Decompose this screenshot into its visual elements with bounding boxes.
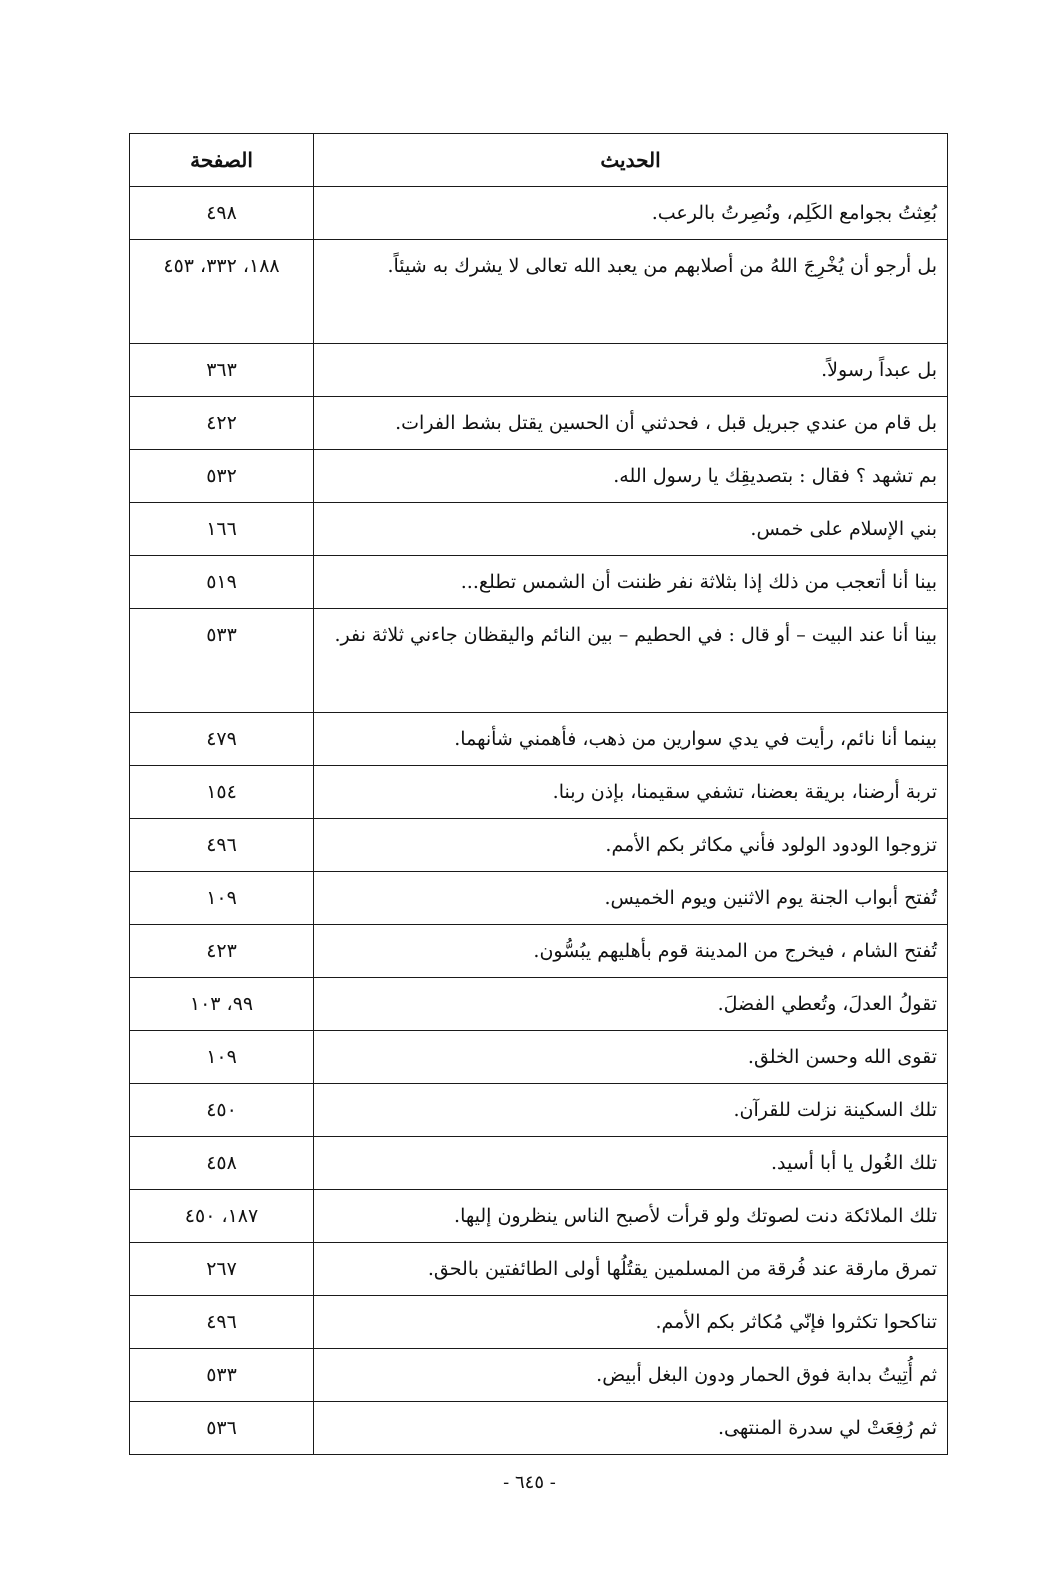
hadith-text: ثم رُفِعَتْ لي سدرة المنتهى.	[314, 1402, 948, 1455]
hadith-text: بني الإسلام على خمس.	[314, 503, 948, 556]
hadith-text: بُعِثتُ بجوامع الكَلِم، ونُصِرتُ بالرعب.	[314, 187, 948, 240]
hadith-text: تزوجوا الودود الولود فأني مكاثر بكم الأم…	[314, 819, 948, 872]
table-body: بُعِثتُ بجوامع الكَلِم، ونُصِرتُ بالرعب.…	[130, 187, 948, 1455]
table-row: تُفتح الشام ، فيخرج من المدينة قوم بأهلي…	[130, 925, 948, 978]
page-reference: ٢٦٧	[130, 1243, 314, 1296]
page-reference: ١٥٤	[130, 766, 314, 819]
page-reference: ٤٢٣	[130, 925, 314, 978]
page-reference: ٥٣٢	[130, 450, 314, 503]
table-row: ثم أُتِيتُ بدابة فوق الحمار ودون البغل أ…	[130, 1349, 948, 1402]
hadith-text: تُفتح أبواب الجنة يوم الاثنين ويوم الخمي…	[314, 872, 948, 925]
hadith-text: بل قام من عندي جبريل قبل ، فحدثني أن الح…	[314, 397, 948, 450]
page-reference: ٥١٩	[130, 556, 314, 609]
page-reference: ١٦٦	[130, 503, 314, 556]
hadith-text: بم تشهد ؟ فقال : بتصديقِك يا رسول الله.	[314, 450, 948, 503]
hadith-text: تمرق مارقة عند فُرقة من المسلمين يقتُلُه…	[314, 1243, 948, 1296]
page-reference: ١٠٩	[130, 1031, 314, 1084]
hadith-text: بل أرجو أن يُخْرِجَ اللهُ من أصلابهم من …	[314, 240, 948, 344]
table-row: بُعِثتُ بجوامع الكَلِم، ونُصِرتُ بالرعب.…	[130, 187, 948, 240]
table-row: بم تشهد ؟ فقال : بتصديقِك يا رسول الله.٥…	[130, 450, 948, 503]
hadith-text: تربة أرضنا، بريقة بعضنا، تشفي سقيمنا، بإ…	[314, 766, 948, 819]
table-row: تلك الملائكة دنت لصوتك ولو قرأت لأصبح ال…	[130, 1190, 948, 1243]
hadith-text: تقولُ العدلَ، وتُعطي الفضلَ.	[314, 978, 948, 1031]
hadith-text: ثم أُتِيتُ بدابة فوق الحمار ودون البغل أ…	[314, 1349, 948, 1402]
table-row: بينا أنا عند البيت – أو قال : في الحطيم …	[130, 609, 948, 713]
hadith-index-table: الحديث الصفحة بُعِثتُ بجوامع الكَلِم، ون…	[129, 133, 948, 1455]
table-row: بينما أنا نائم، رأيت في يدي سوارين من ذه…	[130, 713, 948, 766]
page-reference: ٥٣٦	[130, 1402, 314, 1455]
page-reference: ١٨٧، ٤٥٠	[130, 1190, 314, 1243]
table-row: بل عبداً رسولاً.٣٦٣	[130, 344, 948, 397]
hadith-text: تلك الملائكة دنت لصوتك ولو قرأت لأصبح ال…	[314, 1190, 948, 1243]
page-reference: ٩٩، ١٠٣	[130, 978, 314, 1031]
page-reference: ٣٦٣	[130, 344, 314, 397]
page-reference: ٥٣٣	[130, 609, 314, 713]
table-header-row: الحديث الصفحة	[130, 134, 948, 187]
hadith-text: تقوى الله وحسن الخلق.	[314, 1031, 948, 1084]
table-row: بل أرجو أن يُخْرِجَ اللهُ من أصلابهم من …	[130, 240, 948, 344]
page-number: - ٦٤٥ -	[0, 1472, 1059, 1493]
page-reference: ٤٧٩	[130, 713, 314, 766]
page-reference: ٥٣٣	[130, 1349, 314, 1402]
table-row: بل قام من عندي جبريل قبل ، فحدثني أن الح…	[130, 397, 948, 450]
hadith-text: تلك السكينة نزلت للقرآن.	[314, 1084, 948, 1137]
table-row: تزوجوا الودود الولود فأني مكاثر بكم الأم…	[130, 819, 948, 872]
hadith-text: بل عبداً رسولاً.	[314, 344, 948, 397]
table-row: ثم رُفِعَتْ لي سدرة المنتهى.٥٣٦	[130, 1402, 948, 1455]
page-reference: ٤٩٦	[130, 1296, 314, 1349]
table-row: تلك السكينة نزلت للقرآن.٤٥٠	[130, 1084, 948, 1137]
table-row: تقولُ العدلَ، وتُعطي الفضلَ.٩٩، ١٠٣	[130, 978, 948, 1031]
page-reference: ٤٩٨	[130, 187, 314, 240]
table-row: تربة أرضنا، بريقة بعضنا، تشفي سقيمنا، بإ…	[130, 766, 948, 819]
page-reference: ٤٢٢	[130, 397, 314, 450]
hadith-text: بينا أنا أتعجب من ذلك إذا بثلاثة نفر ظنن…	[314, 556, 948, 609]
page-reference: ٤٥٨	[130, 1137, 314, 1190]
table-row: تناكحوا تكثروا فإنّي مُكاثر بكم الأمم.٤٩…	[130, 1296, 948, 1349]
hadith-text: تُفتح الشام ، فيخرج من المدينة قوم بأهلي…	[314, 925, 948, 978]
table-row: تلك الغُول يا أبا أسيد.٤٥٨	[130, 1137, 948, 1190]
page-reference: ١٨٨، ٣٣٢، ٤٥٣	[130, 240, 314, 344]
table-row: بينا أنا أتعجب من ذلك إذا بثلاثة نفر ظنن…	[130, 556, 948, 609]
table-row: تُفتح أبواب الجنة يوم الاثنين ويوم الخمي…	[130, 872, 948, 925]
page-reference: ١٠٩	[130, 872, 314, 925]
hadith-text: بينا أنا عند البيت – أو قال : في الحطيم …	[314, 609, 948, 713]
table-row: تقوى الله وحسن الخلق.١٠٩	[130, 1031, 948, 1084]
hadith-text: بينما أنا نائم، رأيت في يدي سوارين من ذه…	[314, 713, 948, 766]
header-hadith: الحديث	[314, 134, 948, 187]
table-row: بني الإسلام على خمس.١٦٦	[130, 503, 948, 556]
page-reference: ٤٥٠	[130, 1084, 314, 1137]
hadith-text: تلك الغُول يا أبا أسيد.	[314, 1137, 948, 1190]
hadith-text: تناكحوا تكثروا فإنّي مُكاثر بكم الأمم.	[314, 1296, 948, 1349]
header-page: الصفحة	[130, 134, 314, 187]
page-reference: ٤٩٦	[130, 819, 314, 872]
table-row: تمرق مارقة عند فُرقة من المسلمين يقتُلُه…	[130, 1243, 948, 1296]
